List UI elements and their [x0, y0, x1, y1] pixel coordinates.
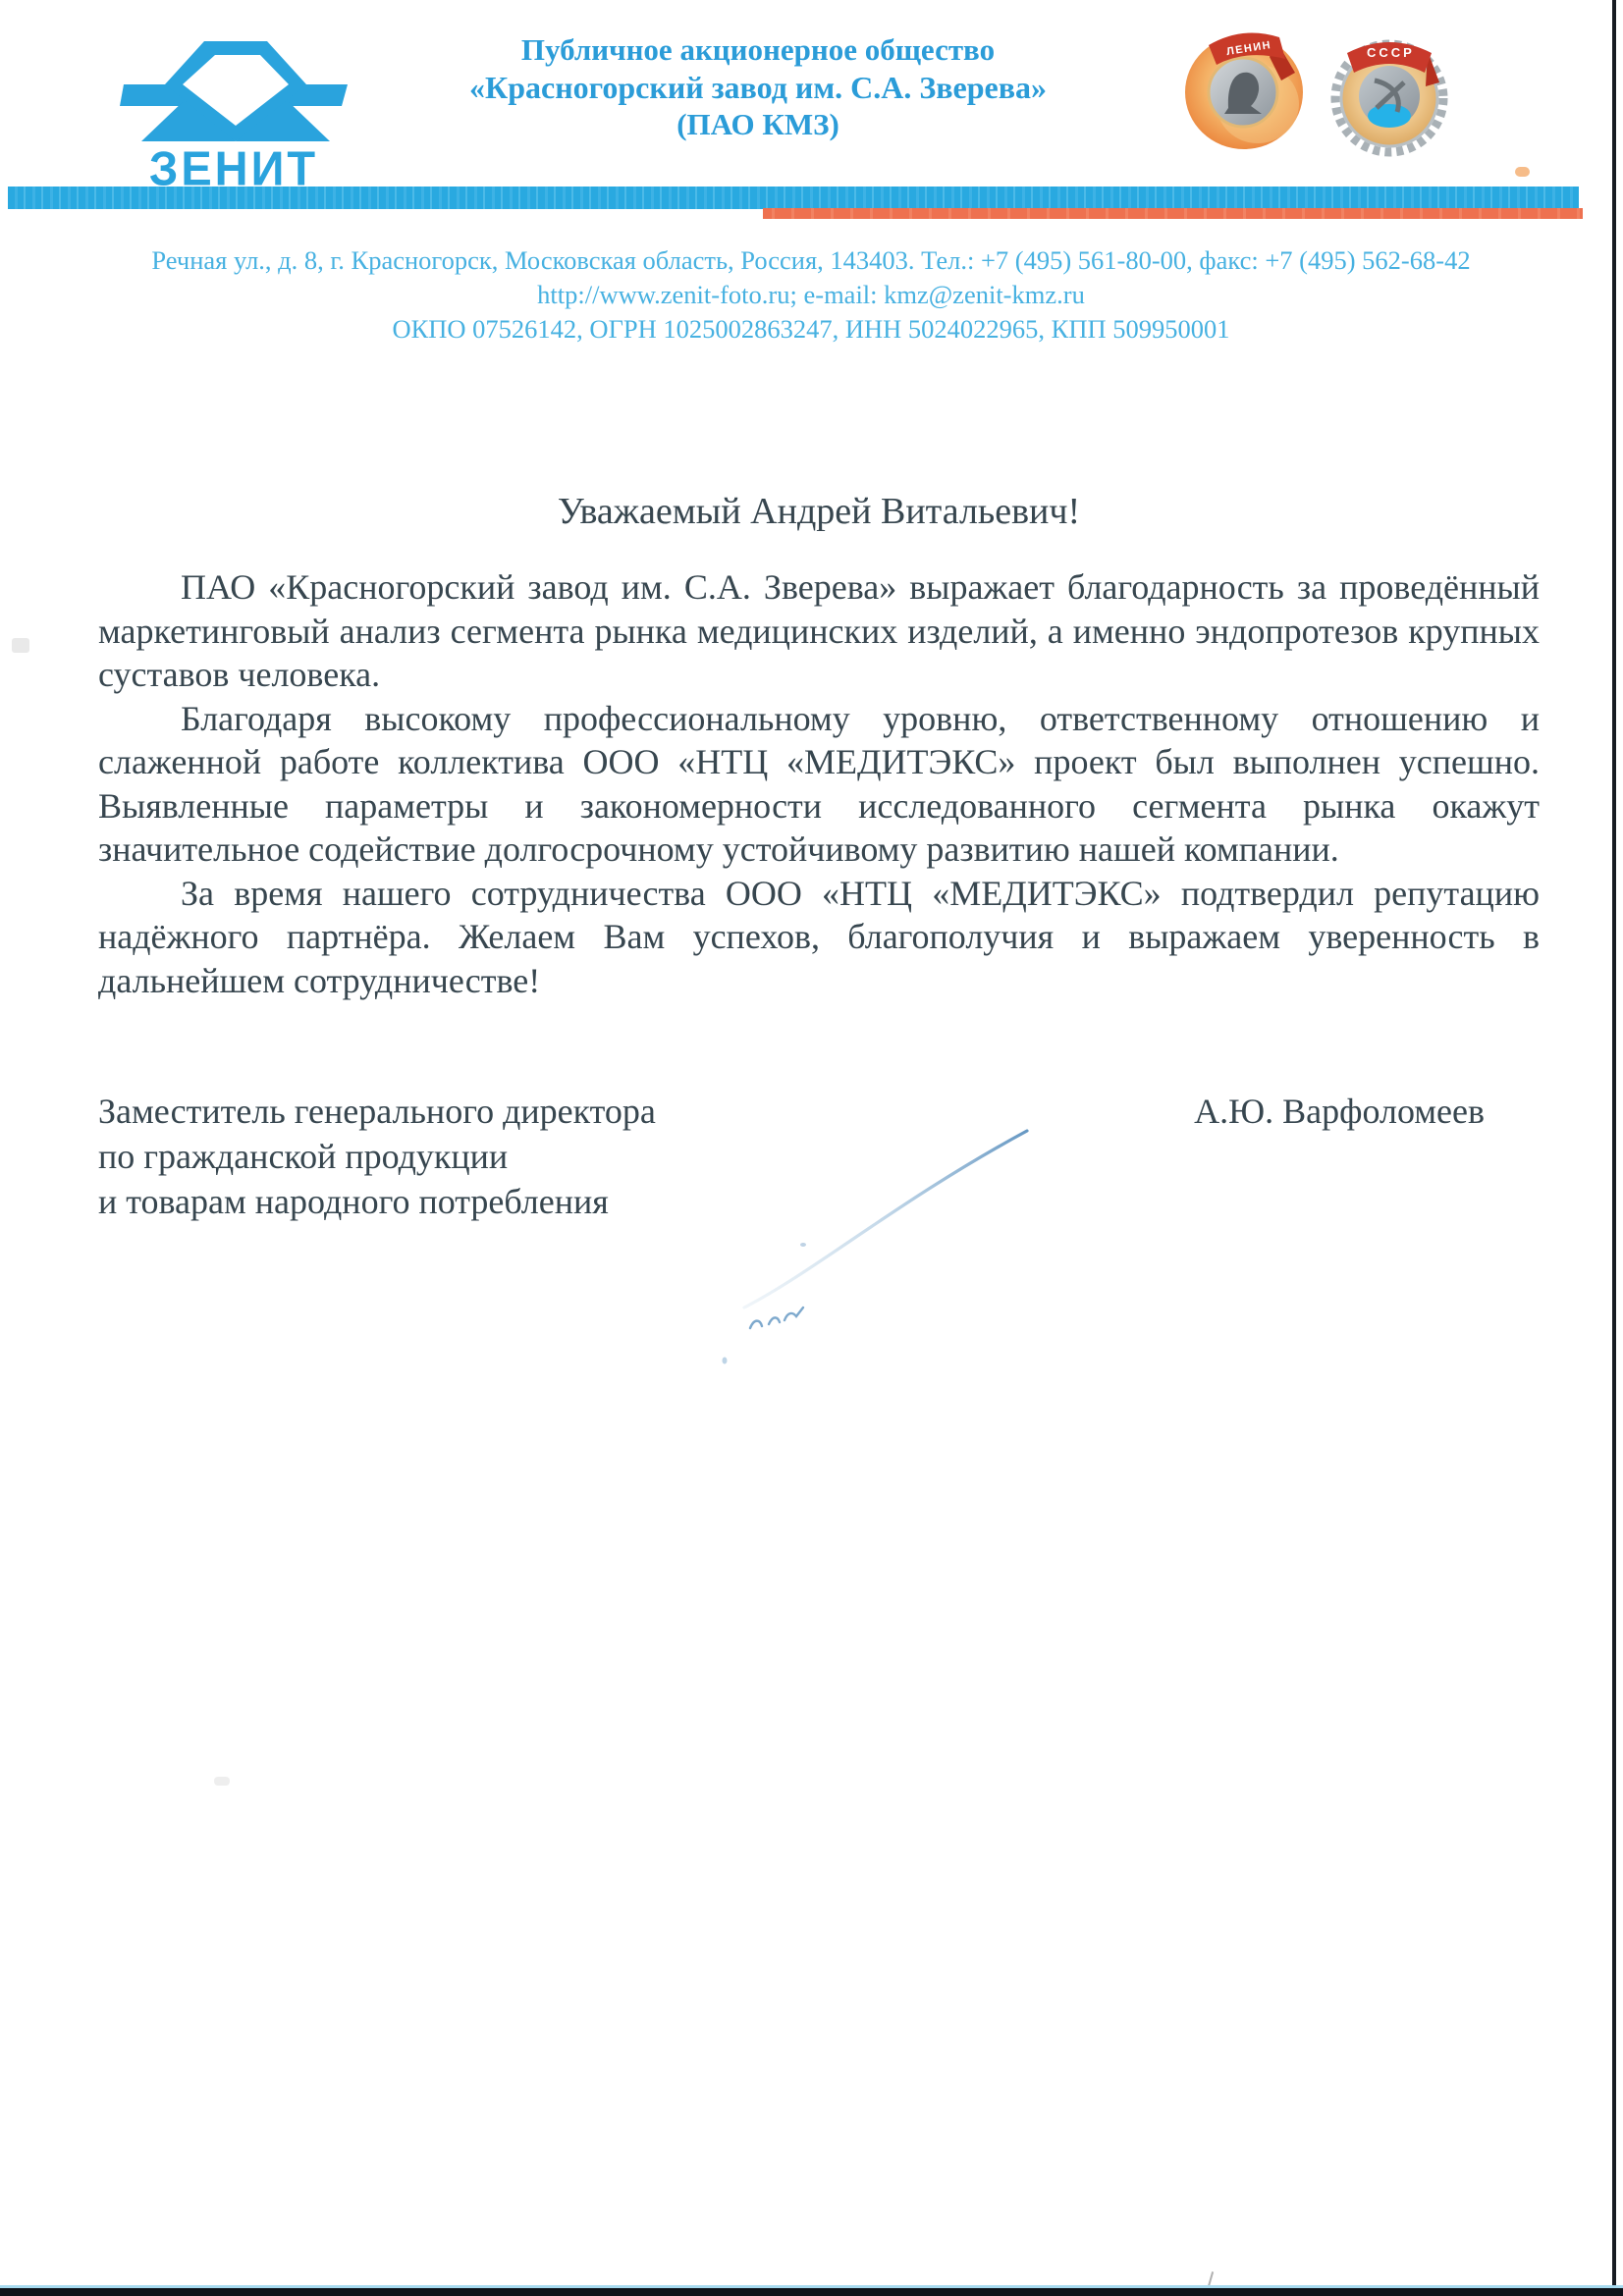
order-red-banner-of-labour-icon: СССР: [1327, 22, 1451, 166]
scan-speck-orange: [1515, 167, 1530, 177]
header-separator-orange-bar: [763, 208, 1583, 219]
handwritten-signature: [677, 1075, 1188, 1404]
signer-title: Заместитель генерального директора по гр…: [98, 1089, 656, 1224]
contact-block: Речная ул., д. 8, г. Красногорск, Москов…: [75, 243, 1547, 347]
company-name-line3: (ПАО КМЗ): [393, 106, 1123, 143]
signer-name: А.Ю. Варфоломеев: [1194, 1089, 1540, 1224]
scan-speck-lower: [214, 1777, 230, 1786]
scanned-letter-page: ЗЕНИТ Публичное акционерное общество «Кр…: [0, 0, 1623, 2296]
company-name-line2: «Красногорский завод им. С.А. Зверева»: [393, 69, 1123, 106]
signer-title-line1: Заместитель генерального директора: [98, 1089, 656, 1134]
company-name-block: Публичное акционерное общество «Красного…: [393, 31, 1123, 143]
order-of-lenin-medal-icon: ЛЕНИН: [1181, 24, 1313, 158]
scan-edge-right: [1612, 0, 1616, 2296]
company-name-line1: Публичное акционерное общество: [393, 31, 1123, 69]
cccp-banner-text: СССР: [1367, 45, 1415, 60]
scan-edge-bottom-black: [0, 2288, 1623, 2296]
web-email-line: http://www.zenit-foto.ru; e-mail: kmz@ze…: [75, 278, 1547, 312]
address-line: Речная ул., д. 8, г. Красногорск, Москов…: [75, 243, 1547, 278]
zenit-wordmark: ЗЕНИТ: [114, 146, 353, 191]
zenit-logo: ЗЕНИТ: [114, 39, 353, 190]
signer-title-line3: и товарам народного потребления: [98, 1179, 656, 1224]
paragraph-2: Благодаря высокому профессиональному уро…: [98, 697, 1540, 872]
salutation: Уважаемый Андрей Витальевич!: [98, 489, 1540, 534]
zenit-pentaprism-icon: [120, 39, 348, 145]
paragraph-3: За время нашего сотрудничества ООО «НТЦ …: [98, 872, 1540, 1003]
signer-title-line2: по гражданской продукции: [98, 1134, 656, 1179]
header-separator-blue-bar: [8, 187, 1579, 209]
paragraph-1: ПАО «Красногорский завод им. С.А. Зверев…: [98, 565, 1540, 697]
registry-line: ОКПО 07526142, ОГРН 1025002863247, ИНН 5…: [75, 312, 1547, 347]
scan-speck-left: [12, 638, 29, 653]
